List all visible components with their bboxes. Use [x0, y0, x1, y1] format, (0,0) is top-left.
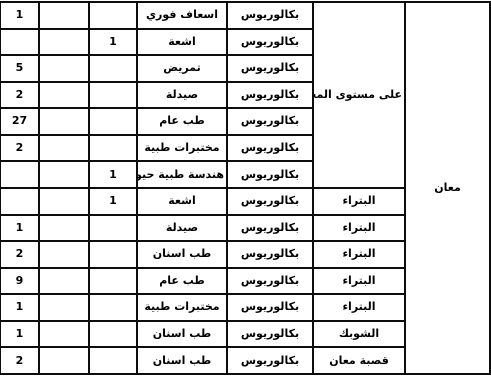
count-secondary-cell: 1 — [89, 161, 137, 188]
count-secondary-cell: 1 — [89, 188, 137, 215]
count-primary-cell: 2 — [0, 82, 39, 109]
location-cell: البتراء — [313, 188, 405, 215]
degree-cell: بكالوريوس — [227, 135, 313, 162]
count-secondary-cell — [89, 294, 137, 321]
count-primary-cell — [0, 161, 39, 188]
degree-cell: بكالوريوس — [227, 108, 313, 135]
count-primary-cell: 1 — [0, 215, 39, 242]
location-cell: قصبة معان — [313, 347, 405, 374]
location-cell: البتراء — [313, 268, 405, 295]
count-middle-cell — [39, 82, 89, 109]
degree-cell: بكالوريوس — [227, 241, 313, 268]
specialty-cell: تمريض — [137, 55, 227, 82]
specialty-cell: اشعة — [137, 29, 227, 56]
count-middle-cell — [39, 161, 89, 188]
count-secondary-cell — [89, 321, 137, 348]
count-secondary-cell — [89, 135, 137, 162]
location-cell: البتراء — [313, 241, 405, 268]
vacancies-table: معان على مستوى المحافظة بكالوريوس اسعاف … — [0, 1, 491, 375]
specialty-cell: صيدلة — [137, 82, 227, 109]
degree-cell: بكالوريوس — [227, 268, 313, 295]
count-primary-cell: 2 — [0, 241, 39, 268]
degree-cell: بكالوريوس — [227, 321, 313, 348]
location-group-cell: على مستوى المحافظة — [313, 2, 405, 188]
location-cell: البتراء — [313, 294, 405, 321]
specialty-cell: طب اسنان — [137, 347, 227, 374]
count-middle-cell — [39, 135, 89, 162]
degree-cell: بكالوريوس — [227, 347, 313, 374]
specialty-cell: طب اسنان — [137, 321, 227, 348]
location-cell: البتراء — [313, 215, 405, 242]
count-middle-cell — [39, 294, 89, 321]
specialty-cell: اسعاف فوري — [137, 2, 227, 29]
count-middle-cell — [39, 2, 89, 29]
count-middle-cell — [39, 241, 89, 268]
count-middle-cell — [39, 108, 89, 135]
degree-cell: بكالوريوس — [227, 82, 313, 109]
count-secondary-cell — [89, 2, 137, 29]
specialty-cell: طب عام — [137, 108, 227, 135]
degree-cell: بكالوريوس — [227, 2, 313, 29]
governorate-cell: معان — [405, 2, 490, 374]
count-middle-cell — [39, 321, 89, 348]
degree-cell: بكالوريوس — [227, 29, 313, 56]
specialty-cell: طب اسنان — [137, 241, 227, 268]
degree-cell: بكالوريوس — [227, 215, 313, 242]
count-secondary-cell — [89, 268, 137, 295]
count-secondary-cell — [89, 108, 137, 135]
degree-cell: بكالوريوس — [227, 188, 313, 215]
location-cell: الشوبك — [313, 321, 405, 348]
count-primary-cell: 2 — [0, 347, 39, 374]
table-row: معان على مستوى المحافظة بكالوريوس اسعاف … — [0, 2, 490, 29]
degree-cell: بكالوريوس — [227, 161, 313, 188]
count-primary-cell: 9 — [0, 268, 39, 295]
degree-cell: بكالوريوس — [227, 294, 313, 321]
count-secondary-cell — [89, 241, 137, 268]
count-primary-cell: 5 — [0, 55, 39, 82]
specialty-cell: مختبرات طبية — [137, 294, 227, 321]
count-primary-cell — [0, 29, 39, 56]
count-secondary-cell: 1 — [89, 29, 137, 56]
count-primary-cell: 27 — [0, 108, 39, 135]
count-primary-cell: 1 — [0, 294, 39, 321]
count-middle-cell — [39, 215, 89, 242]
count-primary-cell: 1 — [0, 321, 39, 348]
degree-cell: بكالوريوس — [227, 55, 313, 82]
count-middle-cell — [39, 29, 89, 56]
count-secondary-cell — [89, 347, 137, 374]
count-secondary-cell — [89, 82, 137, 109]
count-middle-cell — [39, 347, 89, 374]
specialty-cell: مختبرات طبية — [137, 135, 227, 162]
count-primary-cell: 1 — [0, 2, 39, 29]
specialty-cell: هندسة طبية حيوية — [137, 161, 227, 188]
count-secondary-cell — [89, 55, 137, 82]
count-primary-cell — [0, 188, 39, 215]
document-page: معان على مستوى المحافظة بكالوريوس اسعاف … — [0, 1, 491, 383]
count-middle-cell — [39, 268, 89, 295]
count-secondary-cell — [89, 215, 137, 242]
count-primary-cell: 2 — [0, 135, 39, 162]
count-middle-cell — [39, 55, 89, 82]
specialty-cell: اشعة — [137, 188, 227, 215]
count-middle-cell — [39, 188, 89, 215]
specialty-cell: صيدلة — [137, 215, 227, 242]
specialty-cell: طب عام — [137, 268, 227, 295]
